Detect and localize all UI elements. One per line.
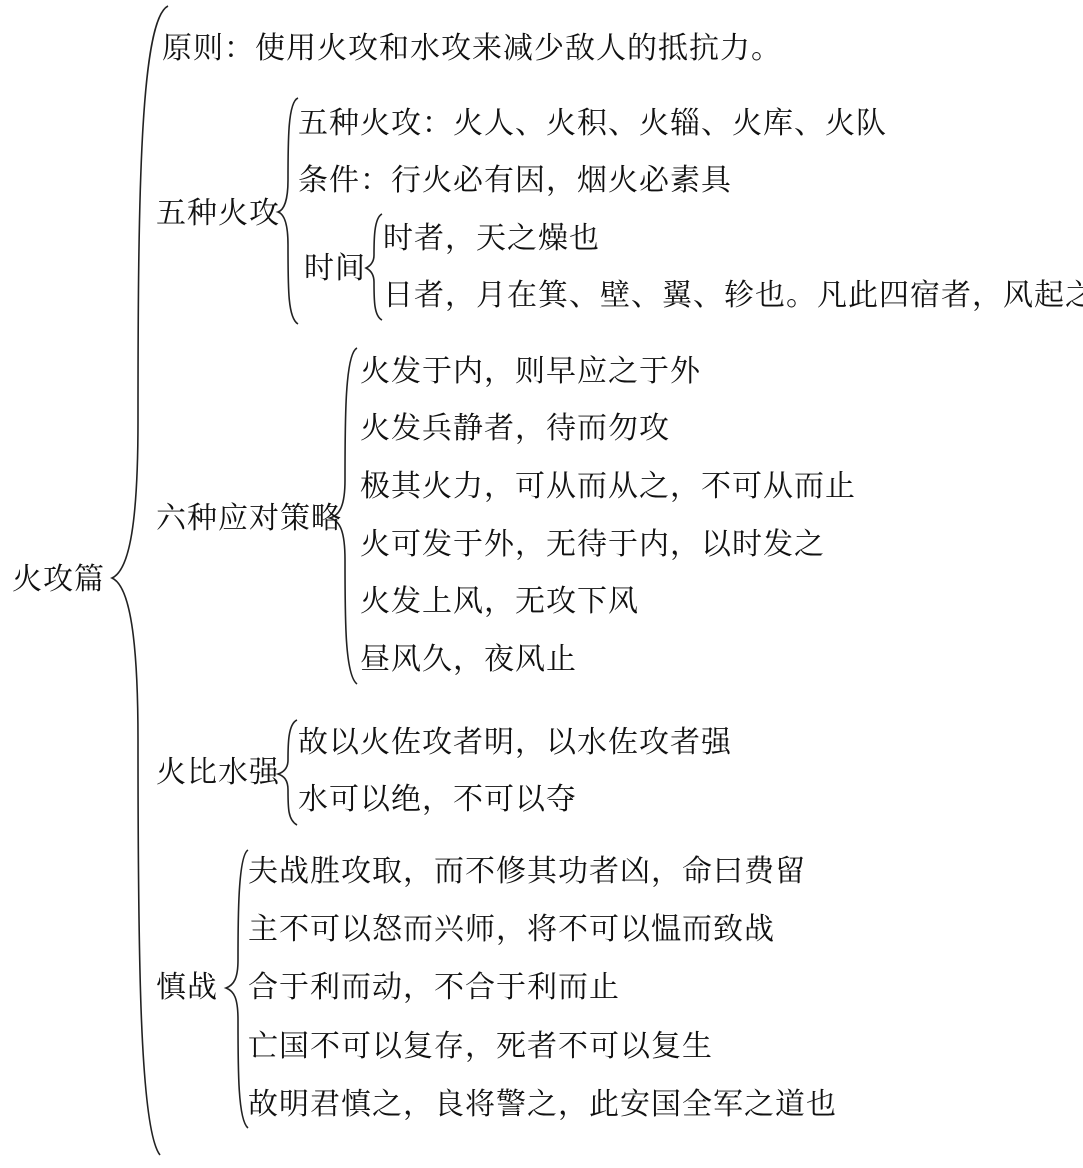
- brace-huobi: [278, 720, 297, 825]
- brace-shenzhan: [226, 850, 248, 1128]
- leaf-item: 火发上风，无攻下风: [360, 585, 639, 619]
- leaf-item: 火可发于外，无待于内，以时发之: [360, 528, 825, 562]
- leaf-item: 火发于内，则早应之于外: [360, 355, 701, 389]
- leaf-item: 合于利而动，不合于利而止: [248, 971, 620, 1005]
- leaf-item: 时者，天之燥也: [383, 222, 600, 256]
- section-label-huobi: 火比水强: [156, 756, 280, 790]
- leaf-item: 火发兵静者，待而勿攻: [360, 412, 670, 446]
- principle-text: 原则：使用火攻和水攻来减少敌人的抵抗力。: [162, 32, 782, 66]
- leaf-item: 日者，月在箕、壁、翼、轸也。凡此四宿者，风起之日也: [383, 279, 1083, 313]
- section-label-shenzhan: 慎战: [156, 971, 218, 1005]
- root-title: 火攻篇: [12, 563, 105, 597]
- leaf-item: 亡国不可以复存，死者不可以复生: [248, 1030, 713, 1064]
- leaf-item: 夫战胜攻取，而不修其功者凶，命曰费留: [248, 855, 806, 889]
- leaf-item: 水可以绝，不可以夺: [298, 783, 577, 817]
- section-label-wuzhong: 五种火攻: [156, 197, 280, 231]
- leaf-item: 故以火佐攻者明，以水佐攻者强: [298, 726, 732, 760]
- sub-label-shijian: 时间: [304, 252, 366, 286]
- leaf-item: 极其火力，可从而从之，不可从而止: [360, 470, 856, 504]
- leaf-item: 昼风久，夜风止: [360, 643, 577, 677]
- brace-wuzhong: [278, 98, 298, 324]
- leaf-item: 五种火攻：火人、火积、火辎、火库、火队: [298, 107, 887, 141]
- section-label-liuzhong: 六种应对策略: [156, 502, 342, 536]
- brace-shijian: [366, 214, 382, 320]
- leaf-item: 故明君慎之，良将警之，此安国全军之道也: [248, 1088, 837, 1122]
- leaf-item: 主不可以怒而兴师，将不可以愠而致战: [248, 913, 775, 947]
- leaf-item: 条件：行火必有因，烟火必素具: [298, 164, 732, 198]
